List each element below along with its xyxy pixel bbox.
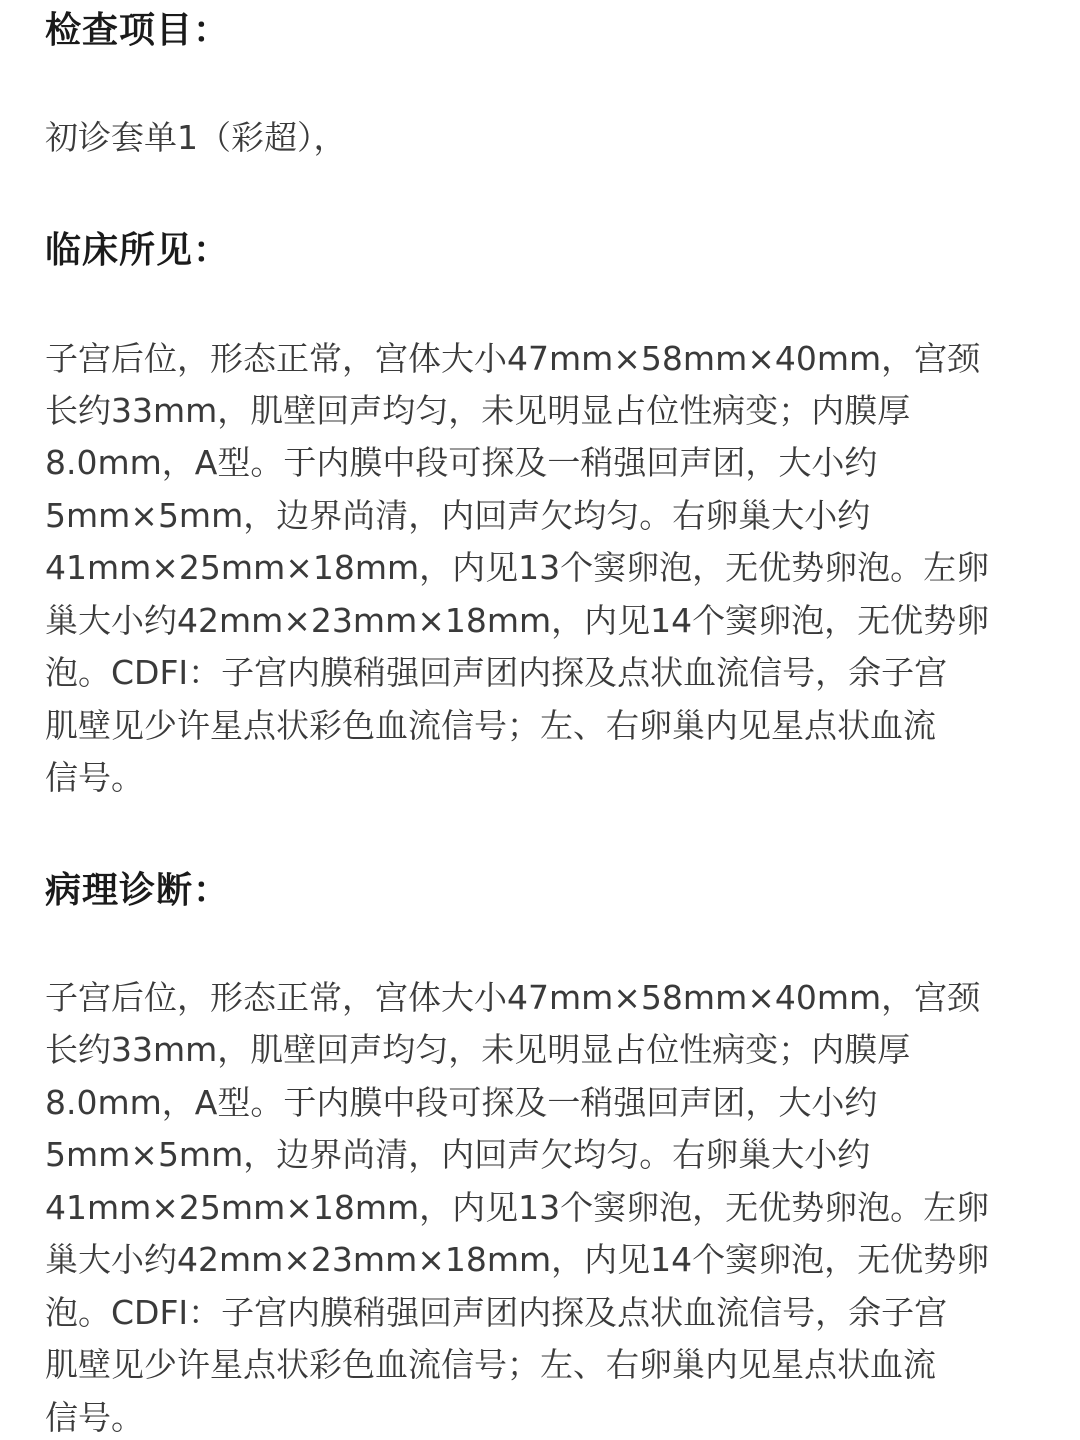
exam-items-value: 初诊套单1（彩超）， [45, 112, 347, 159]
pathology-diagnosis-line: 41mm×25mm×18mm，内见13个窦卵泡，无优势卵泡。左卵 [45, 1182, 989, 1229]
pathology-diagnosis-line: 巢大小约42mm×23mm×18mm，内见14个窦卵泡，无优势卵 [45, 1234, 989, 1281]
pathology-diagnosis-heading: 病理诊断： [45, 862, 230, 913]
pathology-diagnosis-line: 泡。CDFI：子宫内膜稍强回声团内探及点状血流信号，余子宫 [45, 1287, 947, 1334]
pathology-diagnosis-line: 5mm×5mm，边界尚清，内回声欠均匀。右卵巢大小约 [45, 1129, 870, 1176]
pathology-diagnosis-line: 子宫后位，形态正常，宫体大小47mm×58mm×40mm，宫颈 [45, 972, 980, 1019]
clinical-findings-heading: 临床所见： [45, 222, 230, 273]
clinical-findings-line: 长约33mm，肌壁回声均匀，未见明显占位性病变；内膜厚 [45, 385, 910, 432]
pathology-diagnosis-line: 8.0mm，A型。于内膜中段可探及一稍强回声团，大小约 [45, 1077, 877, 1124]
clinical-findings-line: 肌壁见少许星点状彩色血流信号；左、右卵巢内见星点状血流 [45, 700, 936, 747]
pathology-diagnosis-line: 信号。 [45, 1392, 144, 1439]
pathology-diagnosis-line: 长约33mm，肌壁回声均匀，未见明显占位性病变；内膜厚 [45, 1024, 910, 1071]
clinical-findings-line: 8.0mm，A型。于内膜中段可探及一稍强回声团，大小约 [45, 437, 877, 484]
clinical-findings-line: 子宫后位，形态正常，宫体大小47mm×58mm×40mm，宫颈 [45, 333, 980, 380]
clinical-findings-line: 巢大小约42mm×23mm×18mm，内见14个窦卵泡，无优势卵 [45, 595, 989, 642]
clinical-findings-line: 泡。CDFI：子宫内膜稍强回声团内探及点状血流信号，余子宫 [45, 647, 947, 694]
clinical-findings-line: 5mm×5mm，边界尚清，内回声欠均匀。右卵巢大小约 [45, 490, 870, 537]
pathology-diagnosis-line: 肌壁见少许星点状彩色血流信号；左、右卵巢内见星点状血流 [45, 1339, 936, 1386]
clinical-findings-line: 41mm×25mm×18mm，内见13个窦卵泡，无优势卵泡。左卵 [45, 542, 989, 589]
exam-items-heading: 检查项目： [45, 2, 230, 53]
clinical-findings-line: 信号。 [45, 752, 144, 799]
